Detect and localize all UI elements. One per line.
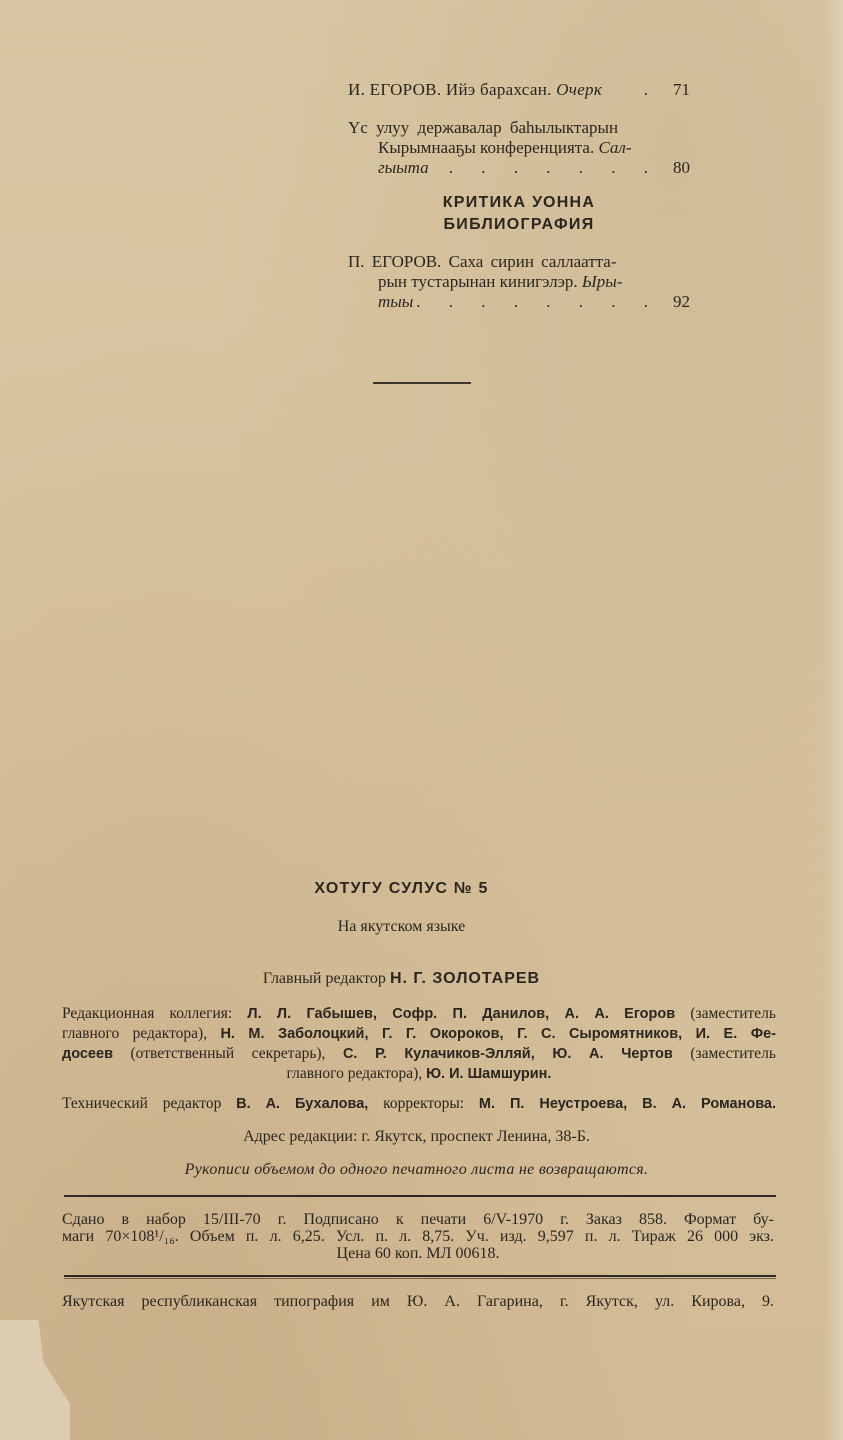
toc-page-number: 71 [666,80,690,100]
toc-entry: П. ЕГОРОВ. Саха сирин саллаатта- рын тус… [348,252,690,312]
toc-entry-genre: Очерк [556,80,602,99]
toc-entry-genre: гыыта [378,158,429,178]
journal-title: ХОТУГУ СУЛУС № 5 [0,880,843,898]
chief-editor-name: Н. Г. ЗОЛОТАРЕВ [390,970,540,987]
editorial-board: Редакционная коллегия: Л. Л. Габышев, Со… [62,1004,776,1084]
chief-editor-label: Главный редактор [263,970,386,987]
dot-leader: . . . . . . . . [413,292,666,312]
divider-rule [64,1278,776,1279]
toc-entry-line: П. ЕГОРОВ. Саха сирин саллаатта- [348,252,617,272]
toc-entry-line: Үс улуу державалар баһылыктарын [348,118,618,138]
manuscripts-note: Рукописи объемом до одного печатного лис… [0,1161,843,1179]
toc-entry-line: рын тустарынан кинигэлэр. [378,272,578,291]
toc-entry-genre: Сал- [598,138,631,157]
divider-rule [373,382,471,384]
toc-entry-title: И. ЕГОРОВ. Ийэ барахсан. [348,80,552,99]
language-note: На якутском языке [0,918,843,936]
technical-editor-line: Технический редактор В. А. Бухалова, кор… [62,1095,776,1113]
toc-entry-genre: тыы [378,292,413,312]
chief-editor: Главный редактор Н. Г. ЗОЛОТАРЕВ [0,970,843,988]
dot-leader: . [602,80,666,100]
table-of-contents: И. ЕГОРОВ. Ийэ барахсан. Очерк . 71 Үс у… [348,80,690,324]
toc-entry: И. ЕГОРОВ. Ийэ барахсан. Очерк . 71 [348,80,690,100]
toc-entry: Үс улуу державалар баһылыктарын Кырымнаа… [348,118,690,178]
divider-rule [64,1275,776,1277]
toc-entry-genre: Ыры- [582,272,623,291]
toc-page-number: 80 [666,158,690,178]
dot-leader: . . . . . . . [429,158,666,178]
editorial-address: Адрес редакции: г. Якутск, проспект Лени… [0,1128,843,1146]
printer-info: Якутская республиканская типография им Ю… [62,1293,774,1311]
toc-entry-line: Кырымнааҕы конференцията. [378,138,594,157]
toc-page-number: 92 [666,292,690,312]
imprint-details: Сдано в набор 15/III-70 г. Подписано к п… [62,1211,774,1262]
page-edge [823,0,843,1440]
section-heading: КРИТИКА УОННА БИБЛИОГРАФИЯ [348,192,690,236]
divider-rule [64,1195,776,1197]
